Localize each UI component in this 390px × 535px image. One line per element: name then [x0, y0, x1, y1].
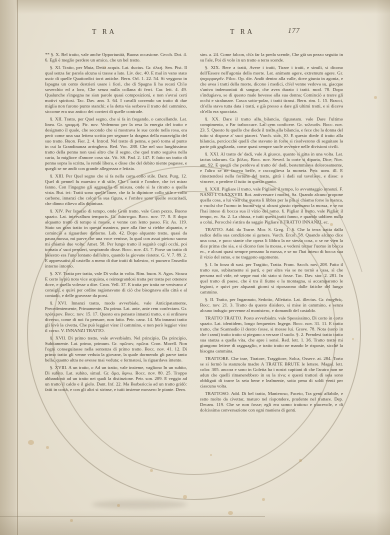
foxing-spot: [46, 446, 49, 449]
entry-paragraph: TRATTOSO. Add. Di bel tratto, Manieroso,…: [200, 391, 343, 413]
running-head-right: T RA: [230, 28, 254, 36]
entry-paragraph: §. XI. Tratto, per Muta, Detta acquis. L…: [45, 65, 187, 115]
entry-paragraph: §. II. Tratto, per Ingannato, Sedotto, A…: [200, 297, 343, 314]
running-head-left: T RA: [92, 28, 116, 36]
entry-paragraph: §. XVII. Di primo tratto, vale avverbial…: [45, 336, 187, 364]
foxing-spot: [210, 454, 212, 456]
foxing-spot: [299, 459, 302, 462]
entry-paragraph: §. XXI. Al tratto de' dadi, vale A giuoc…: [200, 152, 343, 185]
underlying-page-line: [0, 516, 265, 517]
page-number: 177: [288, 28, 300, 35]
entry-paragraph: §. XXII. Pigliare il tratto, vale Piglia…: [200, 187, 343, 226]
entry-paragraph: TRATTO. Add. da Trarre. Mor. S. Greg. 1.…: [200, 227, 343, 260]
page-right-edge: [376, 0, 390, 535]
entry-paragraph: §. XIX. Bere a tratti, Avere i tratti, T…: [200, 65, 343, 115]
page-edge-crease: [17, 0, 18, 535]
foxing-spot: [183, 495, 187, 499]
ink-smudge: [92, 500, 187, 509]
entry-paragraph: §. XVIII. A un tratto, o Ad un tratto, v…: [45, 365, 187, 393]
entry-paragraph: §. XVI. Innanzi tratto, modo avverbiale,…: [45, 301, 187, 334]
entry-paragraph: §. XII. Tratto, per Quel segno, che si f…: [45, 117, 187, 172]
foxing-spot: [28, 440, 34, 445]
foxing-spot: [150, 469, 153, 472]
page-left-edge: [0, 0, 18, 535]
scanned-book-page: T RA T RA 177 ** §. X. Bel tratto, vale …: [0, 0, 390, 535]
entry-paragraph: §. XX. Dare il tratto alla bilancia, fig…: [200, 117, 343, 150]
text-column-right: sim. a. 24. Come falcon, ch'a far la pre…: [200, 52, 343, 427]
page-top-edge: [0, 0, 390, 14]
foxing-spot: [262, 498, 265, 501]
entry-paragraph: TRATTO TRATTO. Posto avverbialm. vale Sp…: [200, 316, 343, 355]
entry-paragraph: §. I. In forza di sust. per Tragitto, Tr…: [200, 262, 343, 295]
entry-paragraph: §. XIII. Per Quel segno che si fa nella …: [45, 174, 187, 207]
text-block: ** §. X. Bel tratto, vale anche Opportun…: [45, 52, 355, 429]
page-bottom-edge: [0, 511, 390, 535]
entry-paragraph: ** §. X. Bel tratto, vale anche Opportun…: [45, 52, 187, 63]
entry-paragraph: sim. a. 24. Come falcon, ch'a far la pre…: [200, 52, 343, 63]
text-column-left: ** §. X. Bel tratto, vale anche Opportun…: [45, 52, 187, 429]
entry-paragraph: TRATTORE. Che trae, Tiratore, Traggitore…: [200, 356, 343, 389]
entry-paragraph: §. XV. Tratta per tratta, vale Di volta …: [45, 271, 187, 299]
entry-paragraph: §. XIV. Per Ispazio di tempo, onde Gran …: [45, 209, 187, 270]
